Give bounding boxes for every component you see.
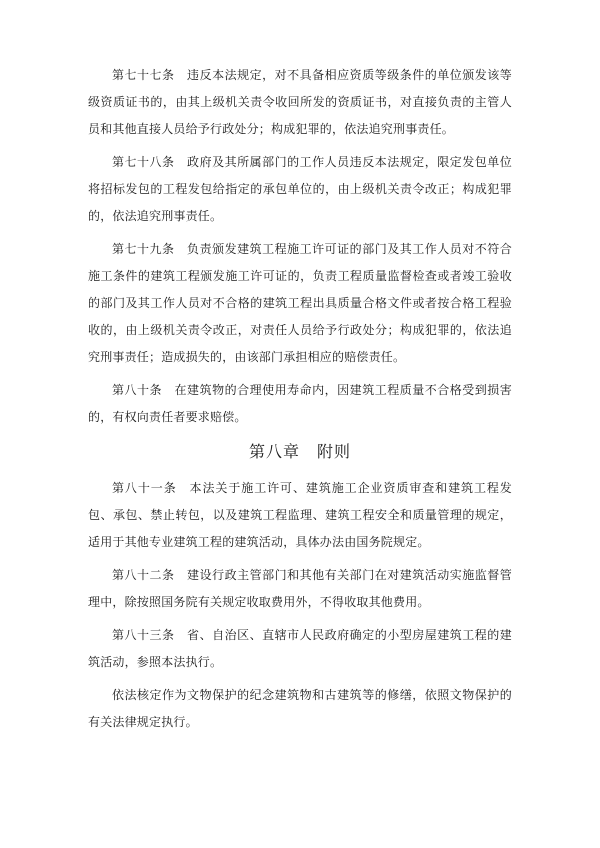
article-paragraph-78: 第七十八条 政府及其所属部门的工作人员违反本法规定，限定发包单位将招标发包的工程… (88, 149, 512, 230)
article-paragraph-77: 第七十七条 违反本法规定，对不具备相应资质等级条件的单位颁发该等级资质证书的，由… (88, 62, 512, 143)
article-paragraph-83: 第八十三条 省、自治区、直辖市人民政府确定的小型房屋建筑工程的建筑活动，参照本法… (88, 622, 512, 676)
article-paragraph-80: 第八十条 在建筑物的合理使用寿命内，因建筑工程质量不合格受到损害的，有权向责任者… (88, 377, 512, 431)
article-paragraph-81: 第八十一条 本法关于施工许可、建筑施工企业资质审查和建筑工程发包、承包、禁止转包… (88, 475, 512, 556)
closing-paragraph-cultural-relics: 依法核定作为文物保护的纪念建筑物和古建筑等的修缮，依照文物保护的有关法律规定执行… (88, 682, 512, 736)
chapter-heading-8: 第八章 附则 (88, 437, 512, 469)
document-content: 第七十七条 违反本法规定，对不具备相应资质等级条件的单位颁发该等级资质证书的，由… (0, 0, 600, 736)
article-paragraph-82: 第八十二条 建设行政主管部门和其他有关部门在对建筑活动实施监督管理中，除按照国务… (88, 562, 512, 616)
article-paragraph-79: 第七十九条 负责颁发建筑工程施工许可证的部门及其工作人员对不符合施工条件的建筑工… (88, 236, 512, 371)
document-page: 第七十七条 违反本法规定，对不具备相应资质等级条件的单位颁发该等级资质证书的，由… (0, 0, 600, 848)
